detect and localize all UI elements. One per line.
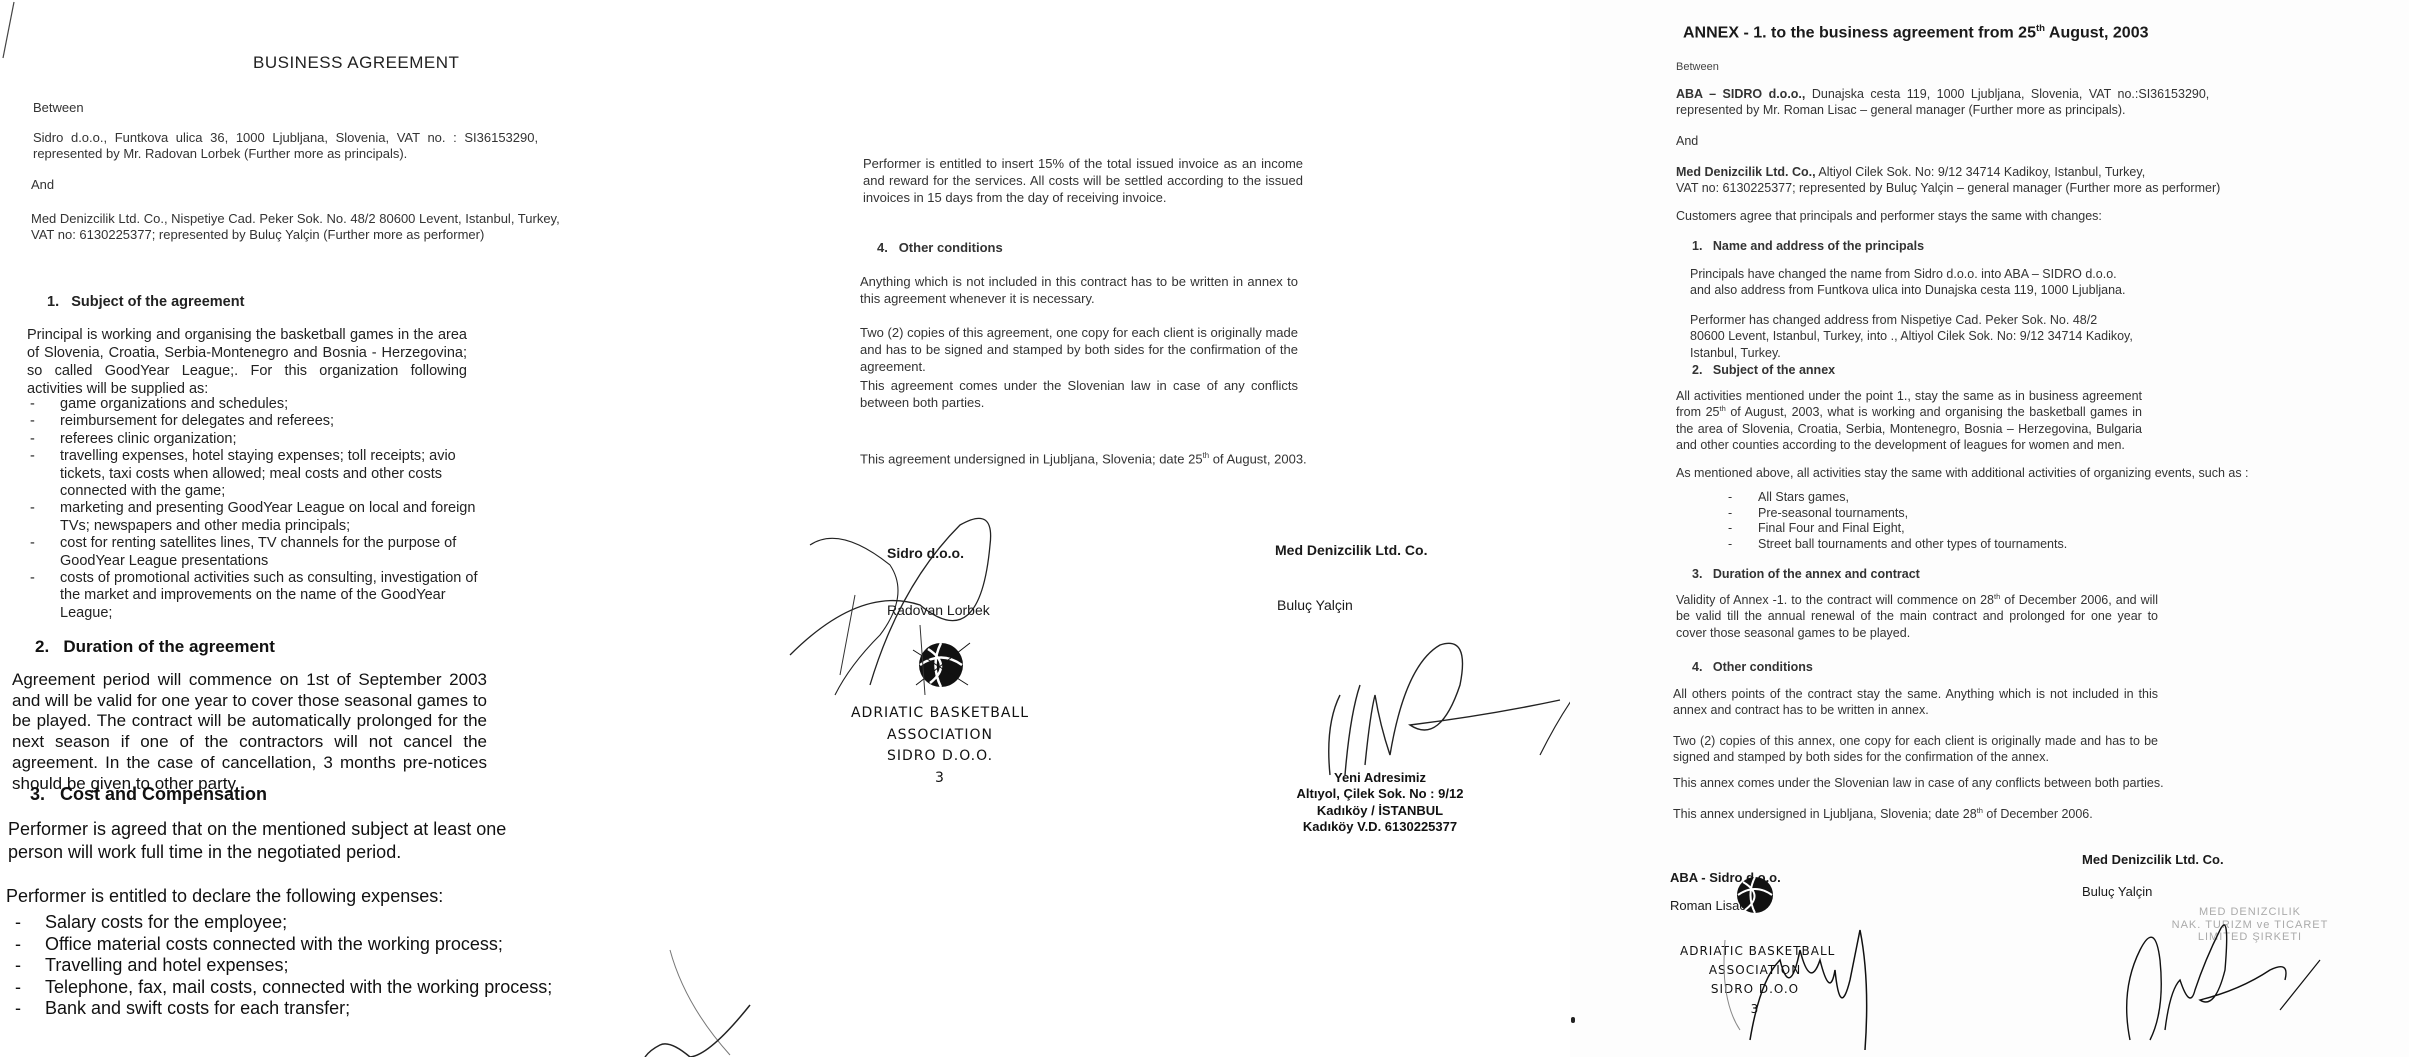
list-item: -Final Four and Final Eight, xyxy=(1758,521,2067,537)
list-item-text: costs of promotional activities such as … xyxy=(60,570,478,621)
dash-bullet-icon: - xyxy=(30,500,35,517)
annex-sign-right-company: Med Denizcilik Ltd. Co. xyxy=(2082,852,2224,867)
party2-details: Med Denizcilik Ltd. Co., Nispetiye Cad. … xyxy=(31,211,560,226)
section1-activity-list: -game organizations and schedules;-reimb… xyxy=(60,396,478,622)
section4-text2: Two (2) copies of this agreement, one co… xyxy=(860,325,1298,376)
handwritten-signature-icon xyxy=(1310,605,1610,785)
party2-address: Altiyol Cilek Sok. No: 9/12 34714 Kadiko… xyxy=(1816,165,2146,179)
annex-section1-text2: Performer has changed address from Nispe… xyxy=(1690,312,2135,361)
dash-bullet-icon: - xyxy=(1728,506,1732,522)
party1-details: Sidro d.o.o., Funtkova ulica 36, 1000 Lj… xyxy=(33,130,538,145)
sign-right-company: Med Denizcilik Ltd. Co. xyxy=(1275,542,1427,558)
dash-bullet-icon: - xyxy=(1728,521,1732,537)
annex-section1-text1: Principals have changed the name from Si… xyxy=(1690,266,2135,299)
dash-bullet-icon: - xyxy=(15,934,21,956)
section4-text3: This agreement comes under the Slovenian… xyxy=(860,378,1298,412)
dash-bullet-icon: - xyxy=(30,448,35,465)
annex-section3-title: Duration of the annex and contract xyxy=(1713,567,1920,581)
section1-heading: 1. Subject of the agreement xyxy=(47,294,244,310)
annex-section4-text3: This annex comes under the Slovenian law… xyxy=(1673,776,2164,790)
list-item-text: Pre-seasonal tournaments, xyxy=(1758,506,1908,520)
and-label: And xyxy=(31,177,54,192)
list-item-text: All Stars games, xyxy=(1758,490,1849,504)
annex-section4-text2: Two (2) copies of this annex, one copy f… xyxy=(1673,733,2158,766)
annex-section1-heading: 1. Name and address of the principals xyxy=(1692,239,1924,253)
dash-bullet-icon: - xyxy=(30,431,35,448)
section3-heading: 3. Cost and Compensation xyxy=(30,784,267,805)
list-item: -Bank and swift costs for each transfer; xyxy=(45,998,552,1020)
stamp-line: Kadıköy V.D. 6130225377 xyxy=(1280,819,1480,835)
list-item-text: game organizations and schedules; xyxy=(60,396,288,412)
list-item-text: cost for renting satellites lines, TV ch… xyxy=(60,535,456,568)
annex-intro: Customers agree that principals and perf… xyxy=(1676,209,2102,223)
annex-section4-title: Other conditions xyxy=(1713,660,1813,674)
annex-signing-suffix: of December 2006. xyxy=(1983,807,2093,821)
dash-bullet-icon: - xyxy=(1728,537,1732,553)
list-item-text: referees clinic organization; xyxy=(60,431,237,447)
party1-address: Dunajska cesta 119, 1000 Ljubljana, Slov… xyxy=(1805,87,2209,101)
section1-intro: Principal is working and organising the … xyxy=(27,326,467,399)
annex-event-list: -All Stars games,-Pre-seasonal tournamen… xyxy=(1758,490,2067,553)
section3-title: Cost and Compensation xyxy=(60,784,267,804)
list-item-text: travelling expenses, hotel staying expen… xyxy=(60,448,456,499)
stamp-line: Yeni Adresimiz xyxy=(1280,770,1480,786)
list-item-text: marketing and presenting GoodYear League… xyxy=(60,500,475,533)
stamp-line: Kadıköy / İSTANBUL xyxy=(1280,803,1480,819)
annex-page: ANNEX - 1. to the business agreement fro… xyxy=(1570,0,2409,1057)
section4-text1: Anything which is not included in this c… xyxy=(860,274,1298,308)
annex-section3-number: 3. xyxy=(1692,567,1702,581)
section3-number: 3. xyxy=(30,784,45,804)
annex-section2-text1-b: of August, 2003, what is working and org… xyxy=(1676,405,2142,452)
sign-left-stamp: ADRIATIC BASKETBALLASSOCIATIONSIDRO D.O.… xyxy=(845,703,1035,790)
dash-bullet-icon: - xyxy=(30,396,35,413)
business-agreement-page-2: Performer is entitled to insert 15% of t… xyxy=(790,0,1570,1057)
list-item-text: Bank and swift costs for each transfer; xyxy=(45,998,350,1018)
annex-section4-number: 4. xyxy=(1692,660,1702,674)
annex-sign-right-name: Buluç Yalçin xyxy=(2082,884,2152,899)
annex-signing-place-date: This annex undersigned in Ljubljana, Slo… xyxy=(1673,806,2093,821)
section2-text: Agreement period will commence on 1st of… xyxy=(12,670,487,794)
annex-title-text: ANNEX - 1. to the business agreement fro… xyxy=(1683,24,2036,41)
list-item-text: Telephone, fax, mail costs, connected wi… xyxy=(45,977,552,997)
section2-heading: 2. Duration of the agreement xyxy=(35,637,275,657)
handwritten-signature-icon xyxy=(1720,920,1880,1050)
annex-section3-text-a: Validity of Annex -1. to the contract wi… xyxy=(1676,593,1994,607)
annex-section2-text2: As mentioned above, all activities stay … xyxy=(1676,466,2249,480)
stamp-line: SIDRO D.O.O. xyxy=(845,746,1035,768)
section4-heading: 4. Other conditions xyxy=(877,240,1003,255)
dash-bullet-icon: - xyxy=(15,998,21,1020)
section1-number: 1. xyxy=(47,294,59,310)
and-label: And xyxy=(1676,134,1698,148)
annex-title: ANNEX - 1. to the business agreement fro… xyxy=(1683,23,2148,42)
party2-details: Med Denizcilik Ltd. Co., Altiyol Cilek S… xyxy=(1676,165,2145,179)
compensation-paragraph: Performer is entitled to insert 15% of t… xyxy=(863,156,1303,207)
list-item-text: Street ball tournaments and other types … xyxy=(1758,537,2067,551)
handwritten-signature-icon xyxy=(2110,900,2340,1050)
stamp-line: ASSOCIATION xyxy=(845,725,1035,747)
list-item-text: Travelling and hotel expenses; xyxy=(45,955,288,975)
party2-representative: VAT no: 6130225377; represented by Buluç… xyxy=(1676,181,2220,195)
sign-right-stamp: Yeni AdresimizAltıyol, Çilek Sok. No : 9… xyxy=(1280,770,1480,835)
party1-representative: represented by Mr. Radovan Lorbek (Furth… xyxy=(33,146,407,161)
annex-title-superscript: th xyxy=(2036,23,2045,34)
list-item-text: Salary costs for the employee; xyxy=(45,912,287,932)
handwritten-signature-icon xyxy=(640,945,780,1057)
annex-section2-text1: All activities mentioned under the point… xyxy=(1676,388,2142,453)
between-label: Between xyxy=(1676,61,1719,73)
section4-number: 4. xyxy=(877,240,888,255)
party1-details: ABA – SIDRO d.o.o., Dunajska cesta 119, … xyxy=(1676,87,2209,101)
list-item: -marketing and presenting GoodYear Leagu… xyxy=(60,500,478,535)
annex-section1-number: 1. xyxy=(1692,239,1702,253)
section3-text2: Performer is entitled to declare the fol… xyxy=(6,886,443,907)
dash-bullet-icon: - xyxy=(15,912,21,934)
list-item: -game organizations and schedules; xyxy=(60,396,478,413)
list-item: -cost for renting satellites lines, TV c… xyxy=(60,535,478,570)
section4-title: Other conditions xyxy=(899,240,1003,255)
document-title: BUSINESS AGREEMENT xyxy=(253,53,459,73)
business-agreement-page-1: BUSINESS AGREEMENT Between Sidro d.o.o.,… xyxy=(0,0,790,1057)
list-item-text: Office material costs connected with the… xyxy=(45,934,503,954)
corner-pen-mark-icon xyxy=(0,0,30,60)
annex-section2-title: Subject of the annex xyxy=(1713,363,1835,377)
annex-section1-title: Name and address of the principals xyxy=(1713,239,1924,253)
annex-section3-heading: 3. Duration of the annex and contract xyxy=(1692,567,1920,581)
annex-section2-number: 2. xyxy=(1692,363,1702,377)
dash-bullet-icon: - xyxy=(15,955,21,977)
list-item: -referees clinic organization; xyxy=(60,431,478,448)
party1-representative: represented by Mr. Roman Lisac – general… xyxy=(1676,103,2126,117)
signing-place-date: This agreement undersigned in Ljubljana,… xyxy=(860,451,1307,466)
annex-section4-text1: All others points of the contract stay t… xyxy=(1673,686,2158,719)
list-item: -Pre-seasonal tournaments, xyxy=(1758,506,2067,522)
signing-text-suffix: of August, 2003. xyxy=(1209,451,1307,466)
ink-dot xyxy=(1571,1017,1575,1023)
list-item: -travelling expenses, hotel staying expe… xyxy=(60,448,478,500)
section2-number: 2. xyxy=(35,637,49,656)
list-item: -costs of promotional activities such as… xyxy=(60,570,478,622)
list-item-text: Final Four and Final Eight, xyxy=(1758,521,1905,535)
list-item: -Telephone, fax, mail costs, connected w… xyxy=(45,977,552,999)
section3-text1: Performer is agreed that on the mentione… xyxy=(8,818,508,865)
between-label: Between xyxy=(33,100,84,115)
list-item: -Travelling and hotel expenses; xyxy=(45,955,552,977)
dash-bullet-icon: - xyxy=(30,535,35,552)
basketball-logo-icon xyxy=(1725,870,1785,920)
stamp-line: ADRIATIC BASKETBALL xyxy=(845,703,1035,725)
annex-title-suffix: August, 2003 xyxy=(2045,24,2148,41)
section2-title: Duration of the agreement xyxy=(63,637,275,656)
handwritten-signature-icon xyxy=(780,505,1020,705)
list-item: -All Stars games, xyxy=(1758,490,2067,506)
list-item: -reimbursement for delegates and referee… xyxy=(60,413,478,430)
party2-representative: VAT no: 6130225377; represented by Buluç… xyxy=(31,227,484,242)
annex-section2-heading: 2. Subject of the annex xyxy=(1692,363,1835,377)
dash-bullet-icon: - xyxy=(1728,490,1732,506)
dash-bullet-icon: - xyxy=(15,977,21,999)
section3-expense-list: -Salary costs for the employee;-Office m… xyxy=(45,912,552,1020)
stamp-line: Altıyol, Çilek Sok. No : 9/12 xyxy=(1280,786,1480,802)
party2-name: Med Denizcilik Ltd. Co., xyxy=(1676,165,1816,179)
list-item: -Street ball tournaments and other types… xyxy=(1758,537,2067,553)
list-item: -Office material costs connected with th… xyxy=(45,934,552,956)
list-item-text: reimbursement for delegates and referees… xyxy=(60,413,334,429)
stamp-line: 3 xyxy=(845,768,1035,790)
annex-section3-text: Validity of Annex -1. to the contract wi… xyxy=(1676,592,2158,641)
section1-title: Subject of the agreement xyxy=(71,294,244,310)
dash-bullet-icon: - xyxy=(30,413,35,430)
dash-bullet-icon: - xyxy=(30,570,35,587)
signing-text: This agreement undersigned in Ljubljana,… xyxy=(860,451,1203,466)
party1-name: ABA – SIDRO d.o.o., xyxy=(1676,87,1805,101)
annex-section4-heading: 4. Other conditions xyxy=(1692,660,1813,674)
list-item: -Salary costs for the employee; xyxy=(45,912,552,934)
annex-signing-text: This annex undersigned in Ljubljana, Slo… xyxy=(1673,807,1977,821)
